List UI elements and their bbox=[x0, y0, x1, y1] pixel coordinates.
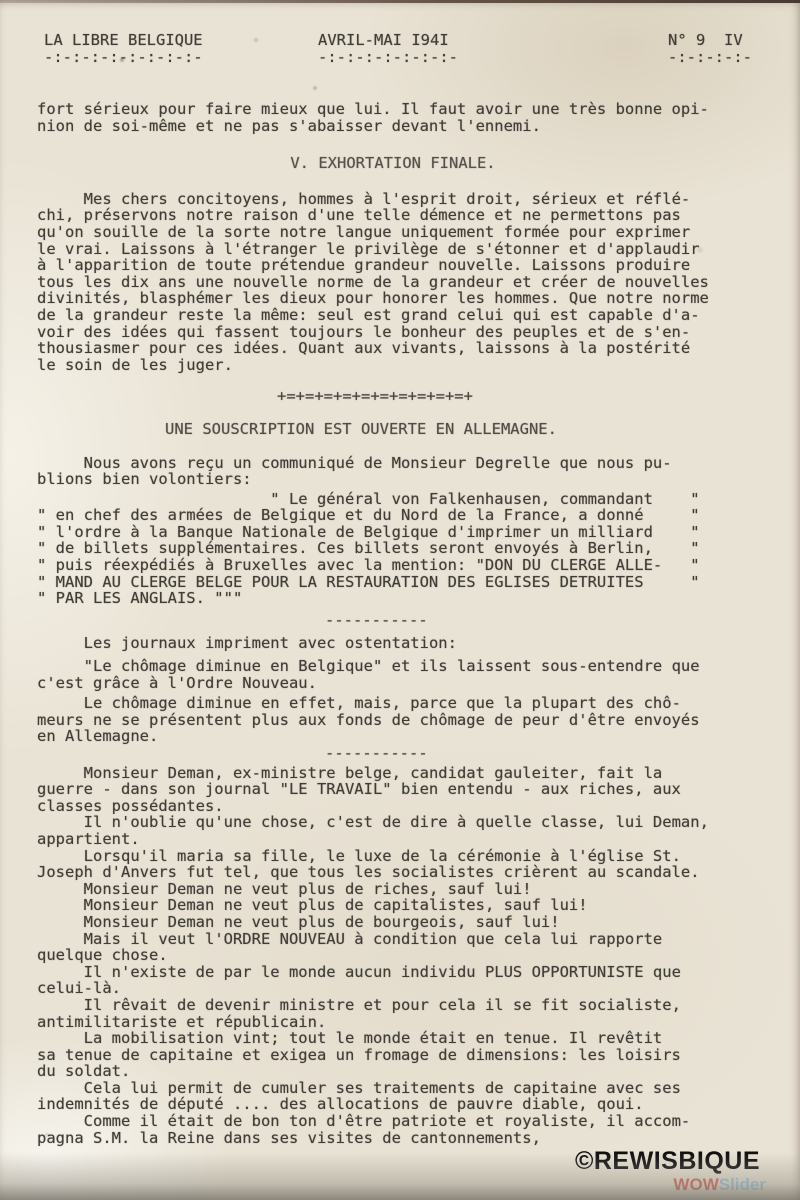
scan-top-edge bbox=[0, 0, 800, 3]
section-heading-exhortation: V. EXHORTATION FINALE. bbox=[37, 155, 749, 172]
paragraph-continuation: fort sérieux pour faire mieux que lui. I… bbox=[37, 101, 749, 134]
paragraph-exhortation: Mes chers concitoyens, hommes à l'esprit… bbox=[37, 191, 749, 374]
paragraph-deman-1: Monsieur Deman, ex-ministre belge, candi… bbox=[37, 765, 749, 815]
issue-date-rule: -:-:-:-:-:-:-:- bbox=[318, 48, 458, 66]
scanned-document-page: LA LIBRE BELGIQUE-:-:-:-:-:-:-:-:- AVRIL… bbox=[0, 0, 800, 1200]
paragraph-deman-4: Monsieur Deman ne veut plus de riches, s… bbox=[37, 881, 749, 898]
paragraph-deman-6: Monsieur Deman ne veut plus de bourgeois… bbox=[37, 914, 749, 931]
issue-date: AVRIL-MAI I94I bbox=[318, 31, 449, 49]
document-body: fort sérieux pour faire mieux que lui. I… bbox=[37, 101, 749, 1146]
paragraph-chomage-claim: "Le chômage diminue en Belgique" et ils … bbox=[37, 658, 749, 691]
paragraph-deman-7: Mais il veut l'ORDRE NOUVEAU à condition… bbox=[37, 931, 749, 964]
masthead: LA LIBRE BELGIQUE-:-:-:-:-:-:-:-:- AVRIL… bbox=[0, 32, 800, 80]
scan-bottom-shadow bbox=[0, 1152, 800, 1200]
paragraph-deman-2: Il n'oublie qu'une chose, c'est de dire … bbox=[37, 814, 749, 847]
paragraph-chomage-reality: Le chômage diminue en effet, mais, parce… bbox=[37, 695, 749, 745]
separator-dashes-2: ----------- bbox=[37, 745, 749, 762]
masthead-date: AVRIL-MAI I94I-:-:-:-:-:-:-:- bbox=[318, 32, 458, 65]
section-heading-souscription: UNE SOUSCRIPTION EST OUVERTE EN ALLEMAGN… bbox=[37, 421, 749, 438]
masthead-issue-number: N° 9 IV-:-:-:-:- bbox=[668, 32, 752, 65]
separator-dashes-1: ----------- bbox=[37, 612, 749, 629]
communique-quote-block: " Le général von Falkenhausen, commandan… bbox=[37, 491, 749, 607]
paragraph-deman-8: Il n'existe de par le monde aucun indivi… bbox=[37, 964, 749, 997]
paragraph-deman-11: Cela lui permit de cumuler ses traitemen… bbox=[37, 1080, 749, 1113]
paragraph-deman-12: Comme il était de bon ton d'être patriot… bbox=[37, 1113, 749, 1146]
publication-name-rule: -:-:-:-:-:-:-:-:- bbox=[44, 48, 203, 66]
issue-number: N° 9 IV bbox=[668, 31, 743, 49]
issue-number-rule: -:-:-:-:- bbox=[668, 48, 752, 66]
paragraph-deman-3: Lorsqu'il maria sa fille, le luxe de la … bbox=[37, 848, 749, 881]
paragraph-deman-5: Monsieur Deman ne veut plus de capitalis… bbox=[37, 897, 749, 914]
publication-name: LA LIBRE BELGIQUE bbox=[44, 31, 203, 49]
paragraph-souscription-intro: Nous avons reçu un communiqué de Monsieu… bbox=[37, 455, 749, 488]
paragraph-deman-10: La mobilisation vint; tout le monde étai… bbox=[37, 1030, 749, 1080]
separator-plus-equals: +=+=+=+=+=+=+=+=+=+=+ bbox=[37, 388, 749, 405]
paragraph-deman-9: Il rêvait de devenir ministre et pour ce… bbox=[37, 997, 749, 1030]
masthead-title: LA LIBRE BELGIQUE-:-:-:-:-:-:-:-:- bbox=[44, 32, 203, 65]
paragraph-journaux: Les journaux impriment avec ostentation: bbox=[37, 635, 749, 652]
